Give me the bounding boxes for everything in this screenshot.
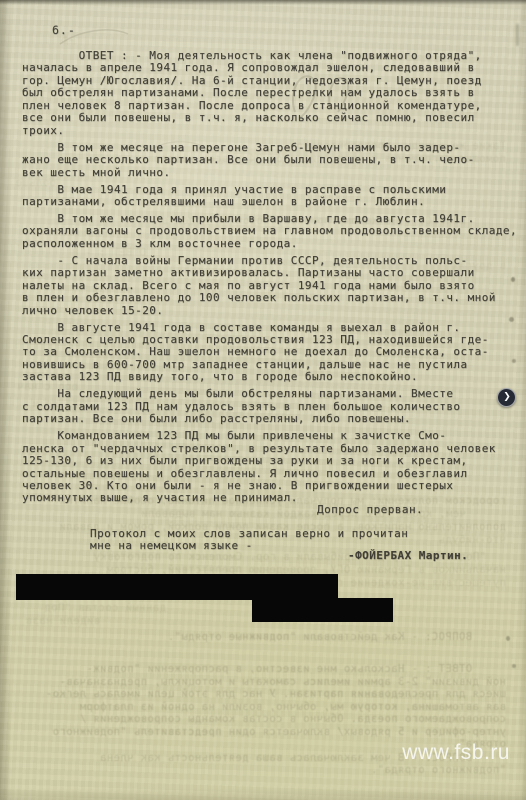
bleedthrough-line: сопровождаемого поезда. Обычно в состав … [79,713,506,725]
interrogation-protocol-text: ОТВЕТ : - Моя деятельность как члена "по… [22,50,522,509]
next-page-button[interactable]: ❯ [497,388,516,407]
paragraph: ОТВЕТ : - Моя деятельность как члена "по… [22,50,522,137]
bleedthrough-line: "подвижного отряда". [371,764,506,776]
paragraph: Командованием 123 ПД мы были привлечены … [22,430,522,505]
paragraph: В том же месяце на перегоне Загреб-Цемун… [22,142,522,179]
scanned-document-page: -6Такие же отряды, предварительнопомощью… [0,0,526,800]
ink-speck [509,317,514,322]
scanner-smudge [516,24,519,46]
paragraph: В том же месяце мы прибыли в Варшаву, гд… [22,213,522,250]
ink-speck [512,359,516,363]
bleedthrough-line: данный состав "Под [44,602,166,614]
paragraph: - С начала войны Германии против СССР, д… [22,255,522,317]
fsb-watermark: www.fsb.ru [402,741,510,765]
redaction-bar [16,574,338,600]
bleedthrough-line: унтер-офицер и 5 рядовых/ включается оди… [52,726,506,738]
bleedthrough-line: что-нибудь [438,534,506,546]
bleedthrough-line: ной дивизии" 2-3 армии имелись самокаты … [59,676,506,688]
interrogation-break-line: Допрос прерван. [317,504,423,516]
bleedthrough-line: видели назв [26,615,101,627]
page-number: 6.- [52,23,76,37]
ink-speck [511,277,515,282]
chevron-right-icon: ❯ [503,393,511,402]
paragraph: В мае 1941 года я принял участие в распр… [22,184,522,209]
ink-speck [506,636,510,641]
bleedthrough-line: ВОПРОС: - Как действовали "подвижные отр… [167,631,506,643]
bleedthrough-line: ОТВЕТ : - Насколько мне известно, в расп… [86,663,506,675]
ink-speck [512,664,516,668]
redaction-bar [252,598,393,622]
paragraph: В августе 1941 года в составе команды я … [22,322,522,384]
signature-name: -ФОЙЕРБАХ Мартин. [348,550,468,562]
bleedthrough-line: вая автомашина, которую мы, обычно, вози… [79,701,506,713]
bleedthrough-line: шиеся для преследования партизан. У нас … [46,688,506,700]
paragraph: На следующий день мы были обстреляны пар… [22,388,522,425]
